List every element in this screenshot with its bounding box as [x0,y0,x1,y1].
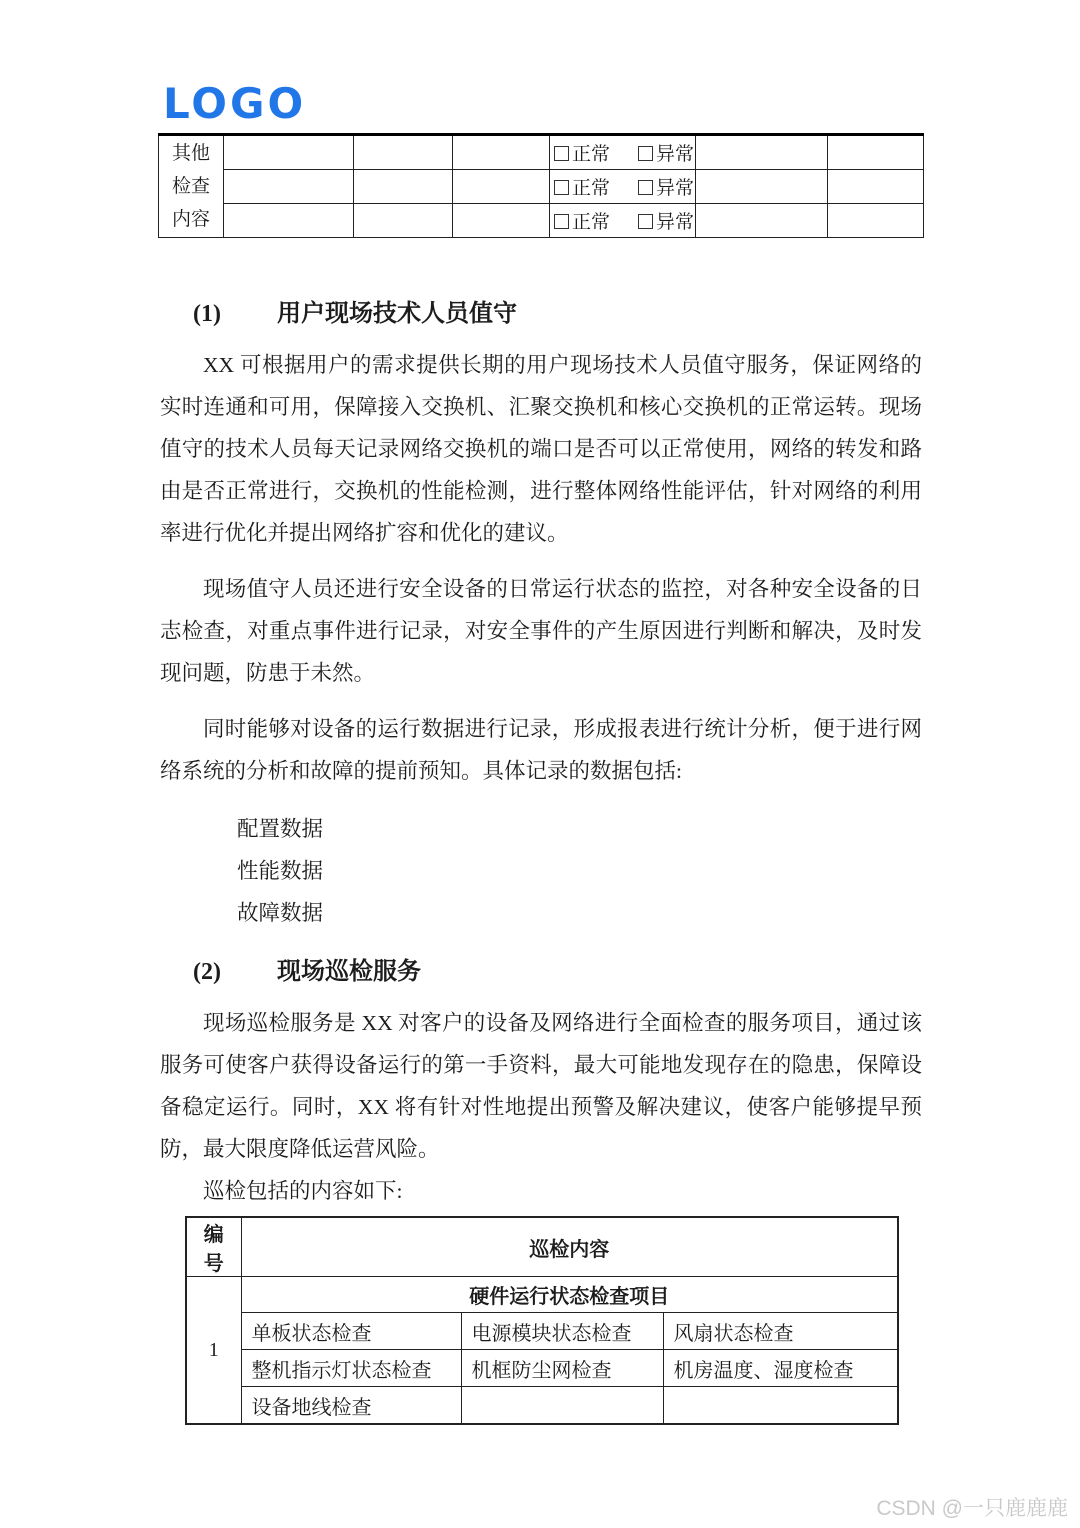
table-row: 其他 检查 内容 正常异常 [159,135,924,170]
checkbox-abnormal-icon [638,214,653,229]
section2-title: 现场巡检服务 [277,959,421,985]
check-item: 电源模块状态检查 [461,1313,663,1350]
checkbox-normal-icon [554,180,569,195]
check-item [461,1387,663,1425]
header-number: 编号 [186,1217,241,1277]
empty-cell [224,135,354,170]
table-intro-line: 巡检包括的内容如下: [160,1170,922,1212]
status-cell: 正常异常 [550,204,696,238]
list-item: 故障数据 [237,892,922,934]
table-row: 正常异常 [159,170,924,204]
paragraph: 现场巡检服务是 XX 对客户的设备及网络进行全面检查的服务项目，通过该服务可使客… [160,1002,922,1170]
checkbox-abnormal-icon [638,146,653,161]
table-row: 整机指示灯状态检查 机框防尘网检查 机房温度、湿度检查 [186,1350,898,1387]
empty-cell [828,135,924,170]
checkbox-abnormal-icon [638,180,653,195]
empty-cell [696,135,828,170]
empty-cell [354,204,453,238]
checkbox-normal-label: 正常 [572,212,610,233]
data-type-list: 配置数据 性能数据 故障数据 [237,808,922,934]
check-item: 机房温度、湿度检查 [663,1350,898,1387]
empty-cell [354,170,453,204]
list-item: 性能数据 [237,850,922,892]
empty-cell [453,204,550,238]
empty-cell [354,135,453,170]
inspection-table: 编号 巡检内容 1 硬件运行状态检查项目 单板状态检查 电源模块状态检查 风扇状… [185,1216,899,1425]
label-line: 检查 [159,170,223,203]
checkbox-abnormal-label: 异常 [656,178,694,199]
check-item [663,1387,898,1425]
paragraph: XX 可根据用户的需求提供长期的用户现场技术人员值守服务，保证网络的实时连通和可… [160,344,922,554]
checkbox-abnormal-label: 异常 [656,212,694,233]
label-line: 内容 [159,203,223,236]
table-group-row: 1 硬件运行状态检查项目 [186,1277,898,1313]
row-number-cell: 1 [186,1277,241,1425]
section1-title: 用户现场技术人员值守 [277,301,517,327]
empty-cell [453,170,550,204]
checkbox-normal-icon [554,214,569,229]
group-header-cell: 硬件运行状态检查项目 [241,1277,898,1313]
csdn-watermark: CSDN @一只鹿鹿鹿 [876,1492,1068,1522]
checkbox-normal-icon [554,146,569,161]
check-item: 风扇状态检查 [663,1313,898,1350]
empty-cell [828,204,924,238]
section1-number: (1) [160,298,277,330]
paragraph: 现场值守人员还进行安全设备的日常运行状态的监控，对各种安全设备的日志检查，对重点… [160,568,922,694]
section1-heading: (1)用户现场技术人员值守 [160,298,922,330]
check-item: 单板状态检查 [241,1313,461,1350]
empty-cell [453,135,550,170]
document-page: { "logo": { "text": "LOGO", "color": "#2… [0,0,1080,1528]
other-check-table: 其他 检查 内容 正常异常 正常异常 正常异常 [158,133,924,238]
row-group-label: 其他 检查 内容 [159,135,224,238]
checkbox-normal-label: 正常 [572,144,610,165]
header-content: 巡检内容 [241,1217,898,1277]
check-item: 机框防尘网检查 [461,1350,663,1387]
checkbox-abnormal-label: 异常 [656,144,694,165]
empty-cell [828,170,924,204]
table-row: 设备地线检查 [186,1387,898,1425]
empty-cell [696,204,828,238]
status-cell: 正常异常 [550,135,696,170]
section2-number: (2) [160,956,277,988]
section2-heading: (2)现场巡检服务 [160,956,922,988]
status-cell: 正常异常 [550,170,696,204]
empty-cell [224,204,354,238]
check-item: 整机指示灯状态检查 [241,1350,461,1387]
check-item: 设备地线检查 [241,1387,461,1425]
empty-cell [696,170,828,204]
label-line: 其他 [159,137,223,170]
checkbox-normal-label: 正常 [572,178,610,199]
table-header-row: 编号 巡检内容 [186,1217,898,1277]
list-item: 配置数据 [237,808,922,850]
company-logo: LOGO [163,80,306,128]
empty-cell [224,170,354,204]
document-body: (1)用户现场技术人员值守 XX 可根据用户的需求提供长期的用户现场技术人员值守… [160,240,922,1425]
table-row: 单板状态检查 电源模块状态检查 风扇状态检查 [186,1313,898,1350]
table-row: 正常异常 [159,204,924,238]
paragraph: 同时能够对设备的运行数据进行记录，形成报表进行统计分析，便于进行网络系统的分析和… [160,708,922,792]
